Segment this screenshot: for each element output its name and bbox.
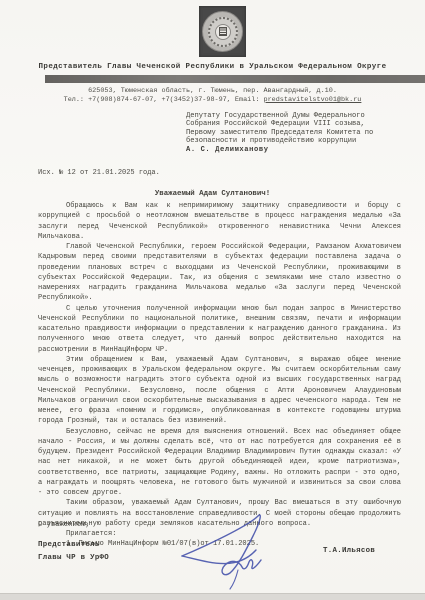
recipient-block: Депутату Государственной Думы Федерально… [186, 112, 373, 154]
body-paragraph: С целью уточнения полученной информации … [38, 304, 401, 355]
seal-center-icon [215, 24, 231, 40]
closing-phrase: С уважением, [38, 521, 90, 529]
letterhead-phones: Тел.: +7(908)874-67-07, +7(3452)37-98-97… [64, 96, 264, 104]
letterhead-phone-line: Тел.: +7(908)874-67-07, +7(3452)37-98-97… [0, 96, 425, 105]
scan-page-edge [0, 593, 425, 600]
handwritten-signature-ink [178, 510, 278, 590]
body-paragraph: Этим обращением к Вам, уважаемый Адам Су… [38, 355, 401, 427]
signer-position: Представитель Главы ЧР в УрФО [38, 539, 109, 565]
recipient-name: А. С. Делимханову [186, 146, 373, 154]
signer-position-line: Представитель [38, 539, 109, 552]
recipient-line: Собрания Российской Федерации VIII созыв… [186, 120, 373, 128]
letterhead-contacts: 625053, Тюменская область, г. Тюмень, пе… [0, 87, 425, 104]
signer-position-line: Главы ЧР в УрФО [38, 552, 109, 565]
letterhead-org-title: Представитель Главы Чеченской Республики… [0, 63, 425, 71]
body-paragraph: Безусловно, сейчас не время для выяснени… [38, 427, 401, 499]
outgoing-reference-number: Исх. № 12 от 21.01.2025 года. [38, 169, 160, 177]
scanned-letter-page: Представитель Главы Чеченской Республики… [0, 0, 425, 600]
letterhead-divider-bar [45, 75, 425, 83]
chechen-republic-emblem [199, 6, 246, 57]
signer-name: Т.А.Ильясов [323, 547, 375, 555]
recipient-line: безопасности и противодействию коррупции [186, 137, 373, 145]
seal-outer-ring-icon [202, 11, 243, 52]
recipient-line: Первому заместителю Председателя Комитет… [186, 129, 373, 137]
letterhead-address-line: 625053, Тюменская область, г. Тюмень, пе… [0, 87, 425, 96]
salutation: Уважаемый Адам Султанович! [0, 190, 425, 198]
body-paragraph: Обращаюсь к Вам как к непримиримому защи… [38, 201, 401, 242]
letter-body: Обращаюсь к Вам как к непримиримому защи… [38, 201, 401, 550]
body-paragraph: Главой Чеченской Республики, героем Росс… [38, 242, 401, 304]
letterhead-email-link[interactable]: predstavitelstvo01@bk.ru [263, 96, 361, 104]
national-ornament-icon [219, 27, 227, 36]
seal-ornament-ring-icon [208, 17, 238, 47]
